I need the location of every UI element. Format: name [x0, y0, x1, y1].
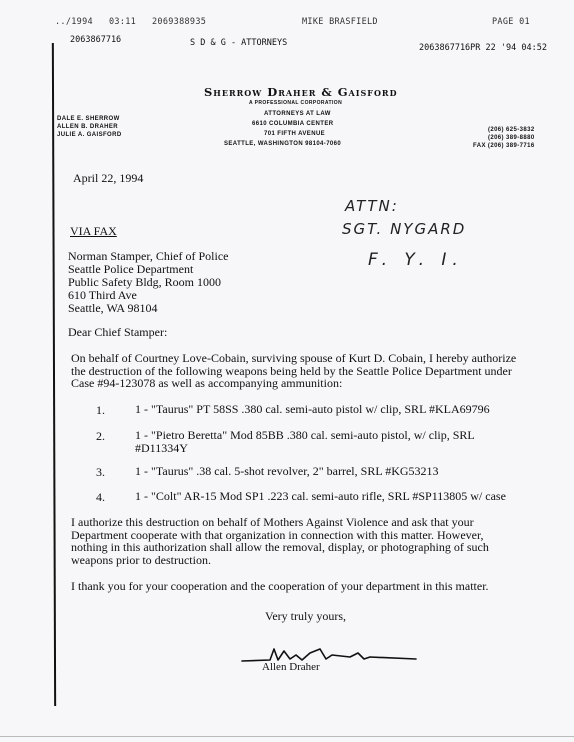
- weapon-item: 1 - "Pietro Beretta" Mod 85BB .380 cal. …: [135, 429, 535, 455]
- intro-paragraph: On behalf of Courtney Love-Cobain, survi…: [71, 352, 541, 390]
- authorize-paragraph: I authorize this destruction on behalf o…: [71, 516, 541, 566]
- item-line: 1 - "Pietro Beretta" Mod 85BB .380 cal. …: [135, 429, 535, 442]
- firm-name: Sherrow Draher & Gaisford: [204, 85, 398, 99]
- fax-number: 2069388935: [152, 17, 206, 27]
- handwritten-name: SGT. NYGARD: [342, 220, 466, 238]
- partner-list: Dale E. Sherrow Allen B. Draher Julie A.…: [57, 115, 122, 139]
- recipient-address: Norman Stamper, Chief of Police Seattle …: [68, 250, 228, 315]
- item-line: 1 - "Colt" AR-15 Mod SP1 .223 cal. semi-…: [135, 490, 535, 503]
- firm-address-1: 6610 Columbia Center: [252, 121, 333, 127]
- firm-subtitle: A Professional Corporation: [249, 100, 342, 106]
- handwritten-fyi: F. Y. I.: [368, 250, 464, 270]
- paragraph-line: On behalf of Courtney Love-Cobain, survi…: [71, 352, 541, 365]
- fax-received-stamp: 2063867716PR 22 '94 04:52: [419, 43, 547, 53]
- thanks-line: I thank you for your cooperation and the…: [71, 580, 541, 593]
- item-line: 1 - "Taurus" .38 cal. 5-shot revolver, 2…: [135, 465, 535, 478]
- weapon-item: 1 - "Colt" AR-15 Mod SP1 .223 cal. semi-…: [135, 490, 535, 503]
- signer-name: Allen Draher: [262, 660, 320, 674]
- paragraph-line: I authorize this destruction on behalf o…: [71, 516, 541, 529]
- page-bottom-edge: [0, 736, 574, 737]
- item-line: 1 - "Taurus" PT 58SS .380 cal. semi-auto…: [135, 403, 535, 416]
- partner-name: Dale E. Sherrow: [57, 115, 122, 123]
- page-left-border: [52, 43, 56, 706]
- item-number: 1.: [96, 403, 105, 418]
- fax-sender-number: 2063867716: [70, 35, 121, 45]
- handwritten-attn: ATTN:: [345, 197, 399, 215]
- paragraph-line: nothing in this authorization shall allo…: [71, 541, 541, 554]
- firm-practice: Attorneys at Law: [264, 111, 331, 117]
- phone-number: (206) 389-8880: [473, 134, 535, 142]
- partner-name: Julie A. Gaisford: [57, 131, 122, 139]
- fax-time: 03:11: [109, 17, 136, 27]
- closing: Very truly yours,: [265, 609, 346, 623]
- fax-date: ../1994: [55, 17, 93, 27]
- paragraph-line: Case #94-123078 as well as accompanying …: [71, 377, 541, 390]
- phone-number: FAX (206) 389-7716: [473, 142, 535, 150]
- firm-address-2: 701 Fifth Avenue: [264, 131, 325, 137]
- letter-date: April 22, 1994: [73, 171, 143, 185]
- paragraph-line: weapons prior to destruction.: [71, 554, 541, 567]
- item-line: #D11334Y: [135, 442, 535, 455]
- item-number: 4.: [96, 490, 105, 505]
- item-number: 3.: [96, 465, 105, 480]
- recipient-line: Seattle, WA 98104: [68, 302, 228, 315]
- fax-page: PAGE 01: [492, 17, 530, 27]
- phone-list: (206) 625-3832 (206) 389-8880 FAX (206) …: [473, 126, 535, 150]
- fax-sender-name: S D & G - ATTORNEYS: [190, 38, 287, 48]
- fax-recipient: MIKE BRASFIELD: [302, 17, 378, 27]
- firm-address-3: Seattle, Washington 98104-7060: [224, 141, 341, 147]
- weapon-item: 1 - "Taurus" .38 cal. 5-shot revolver, 2…: [135, 465, 535, 478]
- salutation: Dear Chief Stamper:: [68, 325, 167, 339]
- partner-name: Allen B. Draher: [57, 123, 122, 131]
- phone-number: (206) 625-3832: [473, 126, 535, 134]
- item-number: 2.: [96, 429, 105, 444]
- via-fax-label: VIA FAX: [70, 224, 117, 238]
- weapon-item: 1 - "Taurus" PT 58SS .380 cal. semi-auto…: [135, 403, 535, 416]
